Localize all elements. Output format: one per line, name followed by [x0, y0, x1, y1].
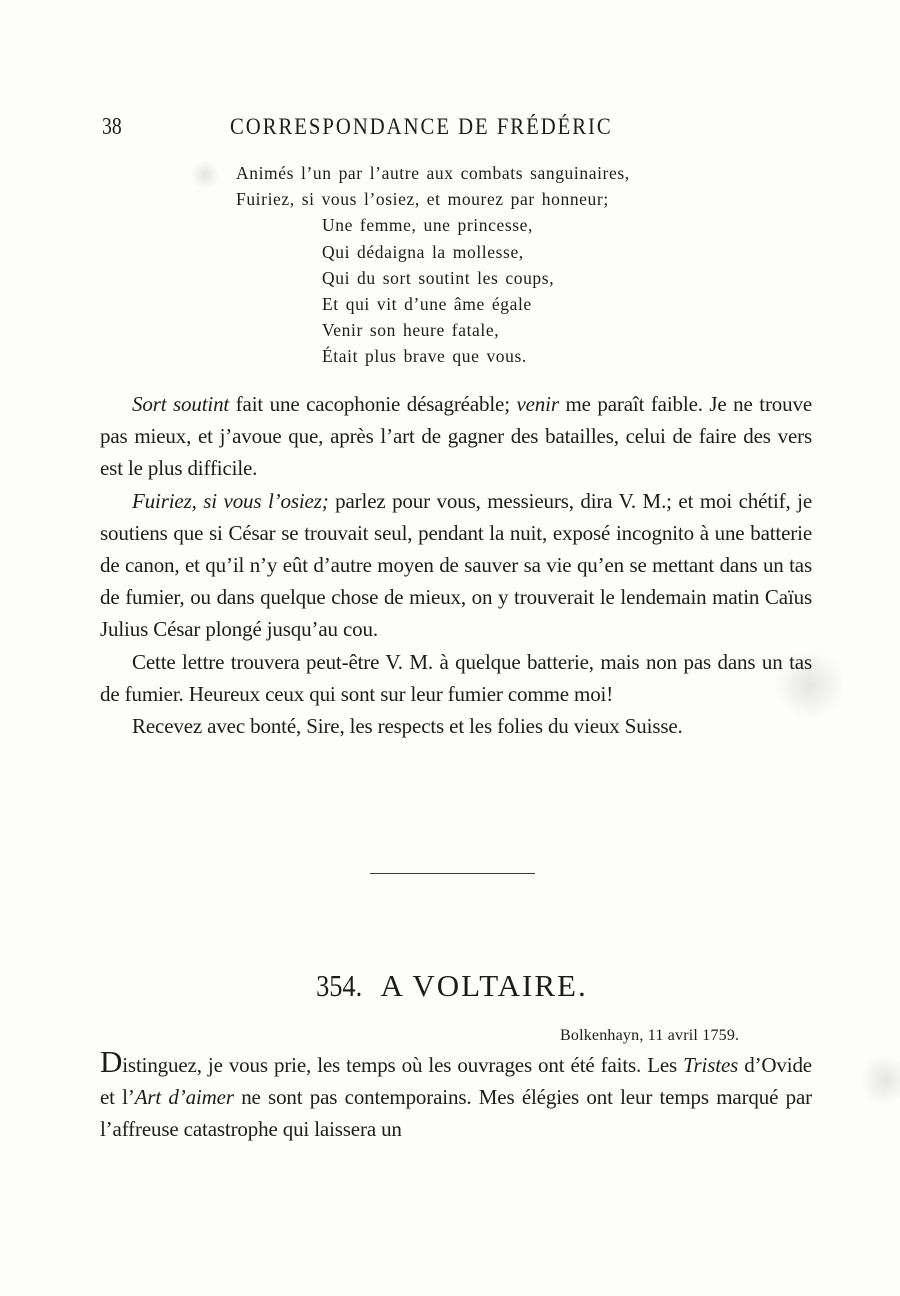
paragraph: Distinguez, je vous prie, les temps où l…	[100, 1049, 812, 1146]
running-head: 38 CORRESPONDANCE DE FRÉDÉRIC	[100, 114, 820, 144]
italic-phrase: Fuiriez, si vous l’osiez;	[132, 489, 329, 513]
letter-heading: 354.A VOLTAIRE.	[0, 968, 900, 1004]
italic-phrase: venir	[516, 392, 558, 416]
paragraph: Recevez avec bonté, Sire, les respects e…	[100, 710, 812, 742]
italic-phrase: Tristes	[683, 1053, 738, 1077]
verse-line: Venir son heure fatale,	[236, 317, 630, 343]
verse-line: Qui du sort soutint les coups,	[236, 265, 630, 291]
verse-line: Fuiriez, si vous l’osiez, et mourez par …	[236, 186, 630, 212]
page-number: 38	[102, 114, 122, 141]
scan-smudge	[190, 160, 220, 190]
letter-353-closing-text: Sort soutint fait une cacophonie désagré…	[100, 388, 812, 742]
verse-line: Une femme, une princesse,	[236, 212, 630, 238]
letter-number: 354.	[316, 968, 362, 1004]
section-divider	[370, 873, 535, 874]
verse-line: Qui dédaigna la mollesse,	[236, 239, 630, 265]
paragraph: Fuiriez, si vous l’osiez; parlez pour vo…	[100, 485, 812, 646]
letter-title: A VOLTAIRE.	[380, 968, 587, 1003]
verse-quotation: Animés l’un par l’autre aux combats sang…	[236, 160, 630, 370]
verse-line: Et qui vit d’une âme égale	[236, 291, 630, 317]
paragraph: Sort soutint fait une cacophonie désagré…	[100, 388, 812, 485]
italic-phrase: Sort soutint	[132, 392, 229, 416]
verse-line: Était plus brave que vous.	[236, 343, 630, 369]
drop-cap: D	[100, 1044, 122, 1079]
dateline: Bolkenhayn, 11 avril 1759.	[560, 1027, 739, 1045]
letter-354-body: Distinguez, je vous prie, les temps où l…	[100, 1049, 812, 1146]
verse-line: Animés l’un par l’autre aux combats sang…	[236, 160, 630, 186]
paragraph: Cette lettre trouvera peut-être V. M. à …	[100, 646, 812, 710]
italic-phrase: Art d’aimer	[135, 1085, 234, 1109]
book-page: 38 CORRESPONDANCE DE FRÉDÉRIC Animés l’u…	[0, 0, 900, 1296]
scan-smudge	[860, 1055, 900, 1105]
running-title: CORRESPONDANCE DE FRÉDÉRIC	[230, 114, 613, 140]
